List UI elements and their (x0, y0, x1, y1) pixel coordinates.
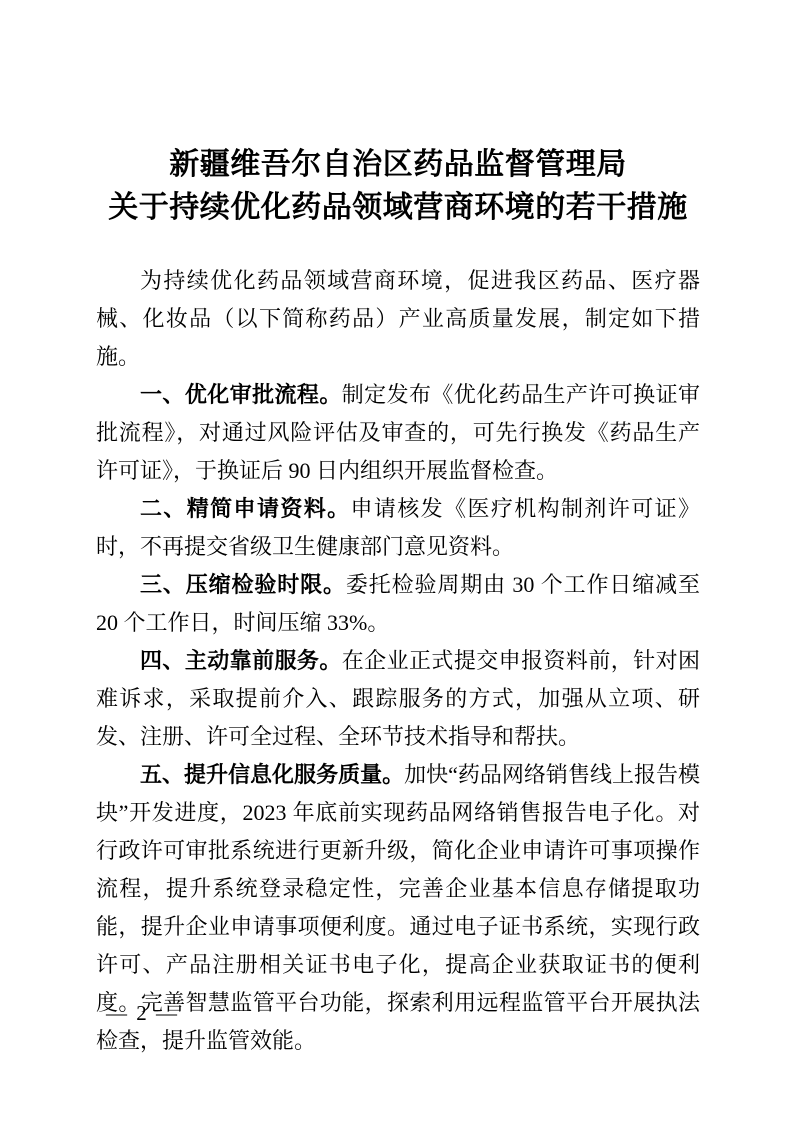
title-line-2: 关于持续优化药品领域营商环境的若干措施 (96, 186, 700, 229)
paragraph-text: 为持续优化药品领域营商环境，促进我区药品、医疗器械、化妆品（以下简称药品）产业高… (96, 268, 700, 369)
document-body: 为持续优化药品领域营商环境，促进我区药品、医疗器械、化妆品（以下简称药品）产业高… (96, 262, 700, 1060)
paragraph-lead: 三、压缩检验时限。 (140, 572, 346, 597)
title-line-1: 新疆维吾尔自治区药品监督管理局 (96, 143, 700, 186)
paragraph-lead: 五、提升信息化服务质量。 (140, 762, 404, 787)
paragraph-text: 加快“药品网络销售线上报告模块”开发进度，2023 年底前实现药品网络销售报告电… (96, 762, 700, 1053)
document-page: 新疆维吾尔自治区药品监督管理局 关于持续优化药品领域营商环境的若干措施 为持续优… (0, 0, 793, 1122)
paragraph-item-4: 四、主动靠前服务。在企业正式提交申报资料前，针对困难诉求，采取提前介入、跟踪服务… (96, 642, 700, 756)
document-title: 新疆维吾尔自治区药品监督管理局 关于持续优化药品领域营商环境的若干措施 (96, 143, 700, 229)
page-number: — 2 — (106, 1000, 179, 1026)
paragraph-item-5: 五、提升信息化服务质量。加快“药品网络销售线上报告模块”开发进度，2023 年底… (96, 756, 700, 1060)
paragraph-intro: 为持续优化药品领域营商环境，促进我区药品、医疗器械、化妆品（以下简称药品）产业高… (96, 262, 700, 376)
paragraph-item-3: 三、压缩检验时限。委托检验周期由 30 个工作日缩减至 20 个工作日，时间压缩… (96, 566, 700, 642)
paragraph-item-1: 一、优化审批流程。制定发布《优化药品生产许可换证审批流程》，对通过风险评估及审查… (96, 376, 700, 490)
paragraph-lead: 四、主动靠前服务。 (140, 648, 342, 673)
paragraph-item-2: 二、精简申请资料。申请核发《医疗机构制剂许可证》时，不再提交省级卫生健康部门意见… (96, 490, 700, 566)
document-content: 新疆维吾尔自治区药品监督管理局 关于持续优化药品领域营商环境的若干措施 为持续优… (96, 143, 700, 1060)
paragraph-lead: 一、优化审批流程。 (140, 382, 342, 407)
paragraph-lead: 二、精简申请资料。 (140, 496, 351, 521)
